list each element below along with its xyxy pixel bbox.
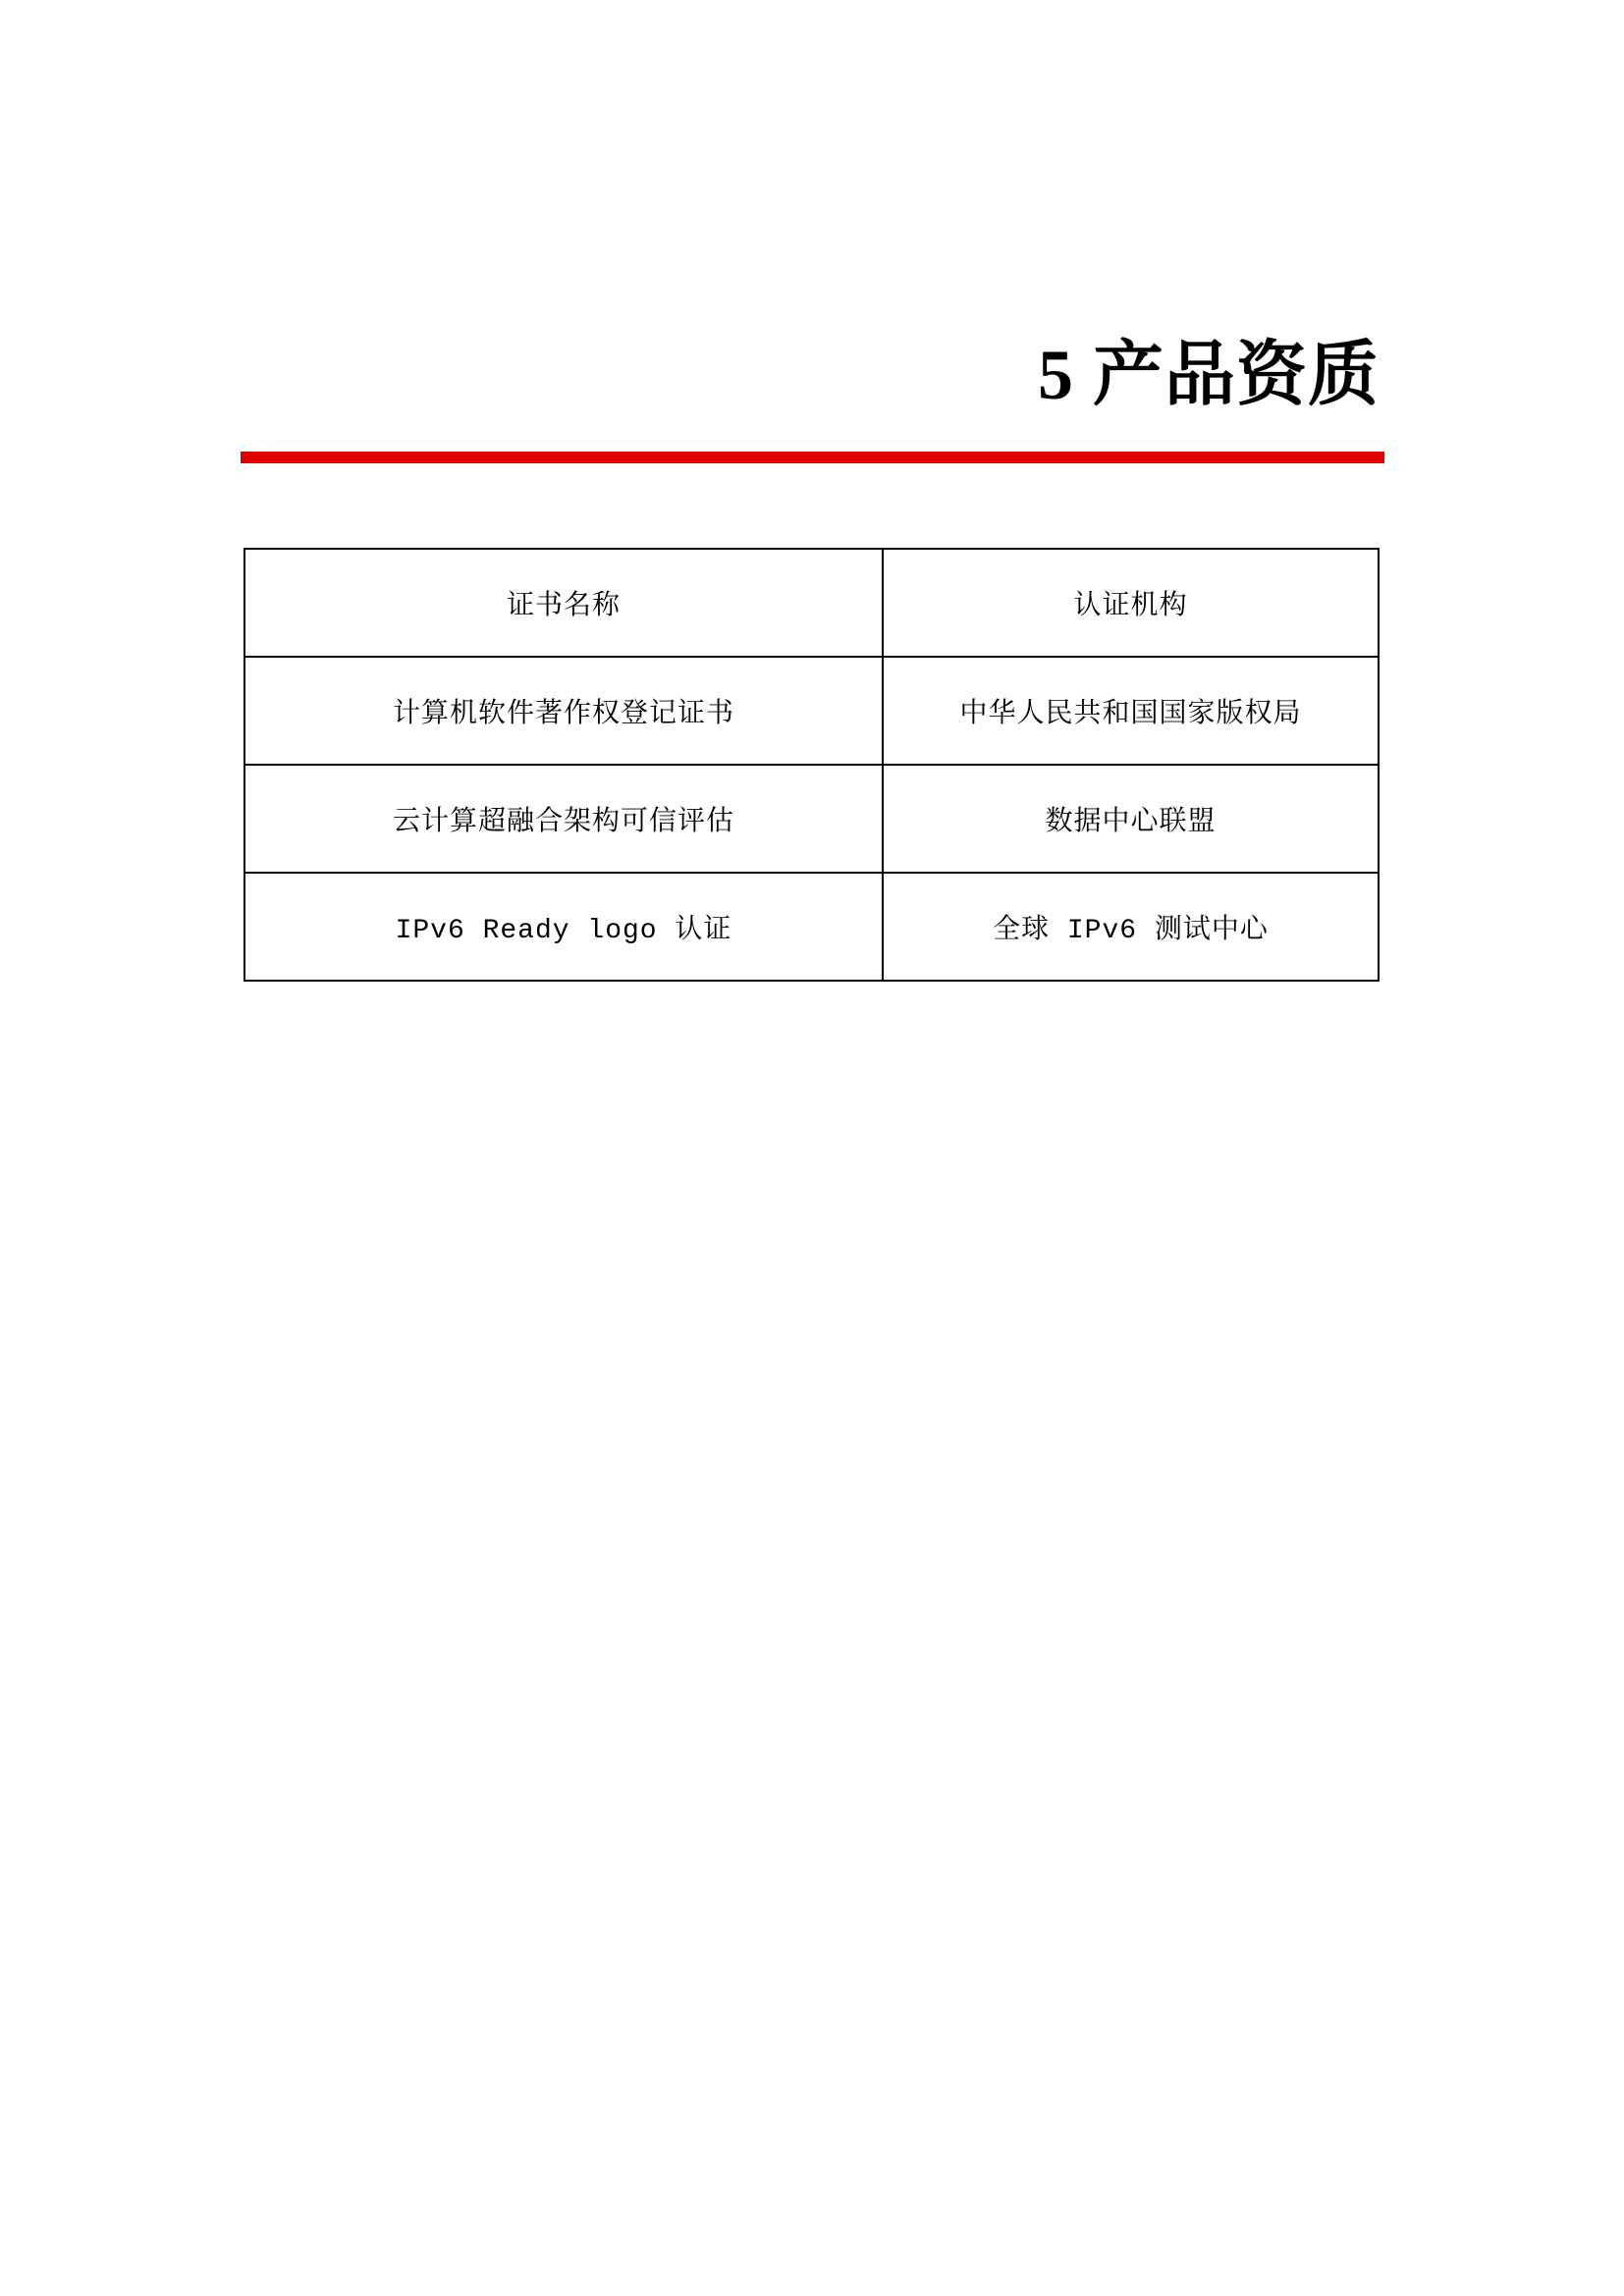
- table-cell-certification-body: 中华人民共和国国家版权局: [883, 657, 1379, 765]
- table-cell-certificate-name: IPv6 Ready logo 认证: [244, 873, 883, 981]
- page-title: 5 产品资质: [241, 330, 1380, 422]
- table-cell-certificate-name: 计算机软件著作权登记证书: [244, 657, 883, 765]
- title-rule: [241, 452, 1384, 463]
- qualification-table: 证书名称 认证机构 计算机软件著作权登记证书 中华人民共和国国家版权局 云计算超…: [244, 548, 1380, 982]
- header-cell-certification-body: 认证机构: [883, 549, 1379, 657]
- table-row: 计算机软件著作权登记证书 中华人民共和国国家版权局: [244, 657, 1379, 765]
- table-cell-certificate-name: 云计算超融合架构可信评估: [244, 765, 883, 873]
- header-cell-certificate-name: 证书名称: [244, 549, 883, 657]
- table-header-row: 证书名称 认证机构: [244, 549, 1379, 657]
- document-page: 5 产品资质 证书名称 认证机构 计算机软件著作权登记证书 中华人民共和国国家版…: [0, 0, 1624, 2296]
- table-row: 云计算超融合架构可信评估 数据中心联盟: [244, 765, 1379, 873]
- table-cell-certification-body: 全球 IPv6 测试中心: [883, 873, 1379, 981]
- table-cell-certification-body: 数据中心联盟: [883, 765, 1379, 873]
- table-row: IPv6 Ready logo 认证 全球 IPv6 测试中心: [244, 873, 1379, 981]
